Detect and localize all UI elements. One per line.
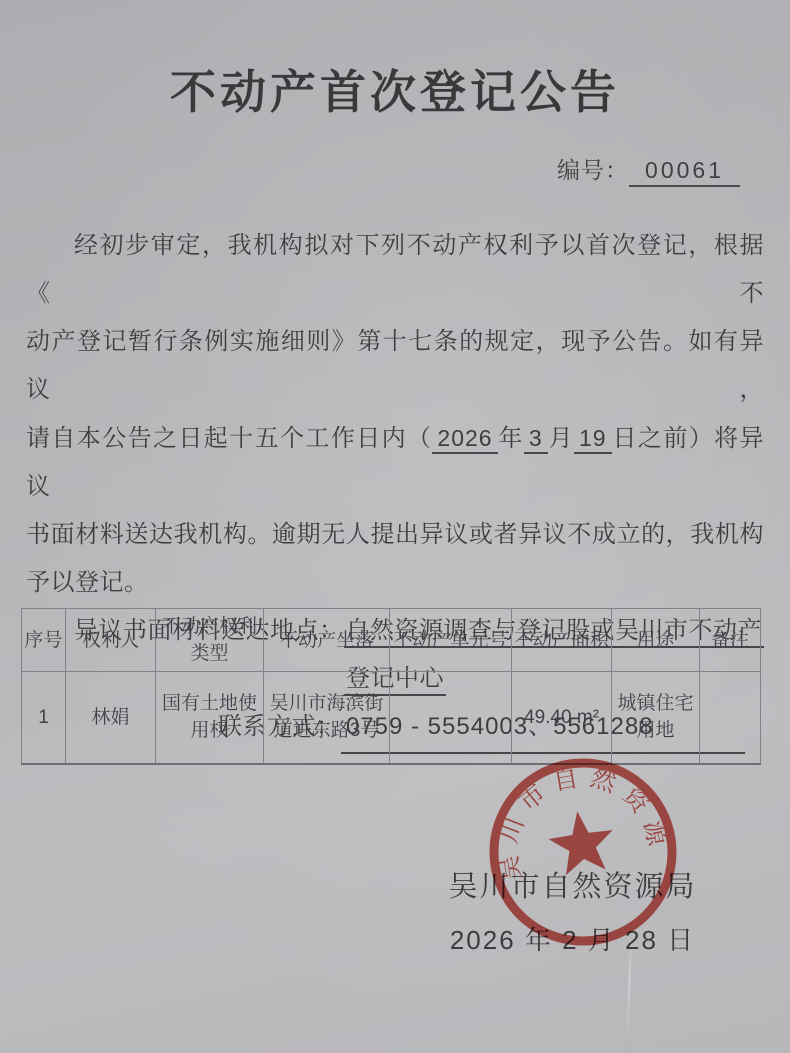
page-title: 不动产首次登记公告 — [0, 56, 790, 122]
body-line-1: 经初步审定，我机构拟对下列不动产权利予以首次登记，根据《不 — [26, 222, 764, 318]
cell-area: 49.40 m² — [512, 672, 612, 764]
cell-right-type: 国有土地使用权 — [156, 672, 264, 764]
year-unit: 年 — [498, 425, 524, 452]
seal-arc-text: 吴川市自然资源局 — [483, 752, 673, 883]
col-header-no: 序号 — [22, 609, 66, 672]
registration-table: 序号 权利人 不动产权利类型 不动产坐落 不动产单元号 不动产面积 用途 备注 … — [21, 608, 761, 765]
col-header-location: 不动产坐落 — [264, 609, 390, 672]
col-header-remark: 备注 — [700, 609, 761, 672]
doc-number-label: 编号： — [557, 157, 629, 183]
deadline-prefix: 请自本公告之日起十五个工作日内（ — [26, 425, 432, 452]
body-line-5: 予以登记。 — [26, 559, 764, 607]
doc-number: 编号：00061 — [557, 152, 740, 185]
deadline-day: 19 — [574, 425, 612, 454]
col-header-usage: 用途 — [612, 609, 700, 672]
table-header-row: 序号 权利人 不动产权利类型 不动产坐落 不动产单元号 不动产面积 用途 备注 — [22, 609, 761, 672]
col-header-right-type: 不动产权利类型 — [156, 609, 264, 672]
issue-date: 2026 年 2 月 28 日 — [380, 920, 765, 957]
cell-unit-no — [390, 672, 512, 764]
cell-usage: 城镇住宅用地 — [612, 672, 700, 764]
issuer-name: 吴川市自然资源局 — [380, 864, 765, 905]
col-header-holder: 权利人 — [66, 609, 156, 672]
deadline-month: 3 — [524, 425, 548, 454]
body-line-3: 请自本公告之日起十五个工作日内（2026年3月19日之前）将异议 — [26, 414, 764, 511]
col-header-unit-no: 不动产单元号 — [390, 609, 512, 672]
cell-remark — [700, 672, 761, 764]
cell-holder: 林娟 — [66, 672, 156, 764]
deadline-year: 2026 — [432, 425, 497, 454]
seal-arc-text-container: 吴川市自然资源局 — [483, 752, 673, 883]
body-line-2: 动产登记暂行条例实施细则》第十七条的规定，现予公告。如有异议， — [26, 318, 764, 414]
body-line-4: 书面材料送达我机构。逾期无人提出异议或者异议不成立的，我机构 — [26, 511, 764, 559]
month-unit: 月 — [548, 425, 574, 452]
doc-number-value: 00061 — [629, 157, 740, 187]
signature-block: 吴川市自然资源局 2026 年 2 月 28 日 — [380, 864, 765, 957]
table-row: 1 林娟 国有土地使用权 吴川市海滨街道进东路3号 49.40 m² 城镇住宅用… — [22, 672, 761, 764]
cell-location: 吴川市海滨街道进东路3号 — [264, 672, 390, 764]
cell-no: 1 — [22, 672, 66, 764]
col-header-area: 不动产面积 — [512, 609, 612, 672]
